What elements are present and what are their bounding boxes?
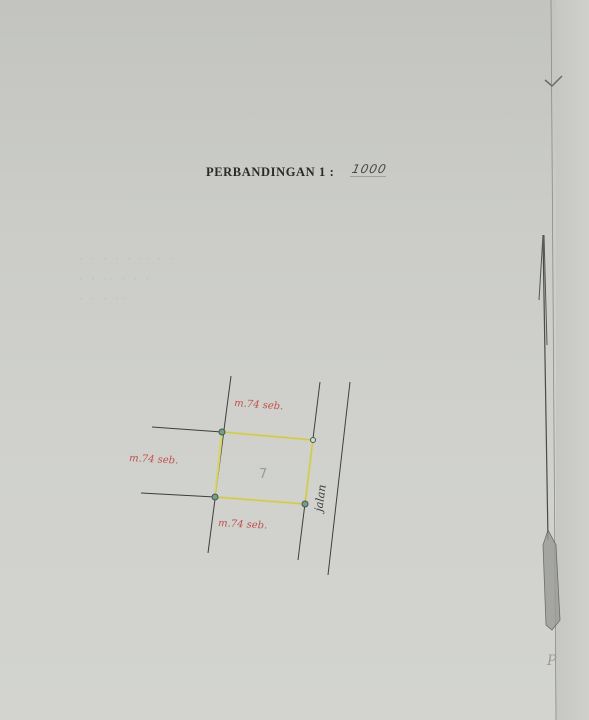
road-east-line — [328, 382, 350, 575]
west-neighbor-label: m.74 seb. — [129, 453, 179, 467]
corner-marker-ne — [311, 438, 316, 443]
corner-marker-nw — [219, 429, 225, 435]
corner-marker-sw — [212, 494, 218, 500]
north-neighbor-label: m.74 seb. — [234, 398, 284, 412]
parcel-map: 7 m.74 seb. m.74 seb. m.74 seb. jalan P — [0, 0, 589, 720]
corner-marker-se — [302, 501, 308, 507]
south-extension-line — [141, 493, 215, 497]
north-arrow-feather — [543, 530, 560, 630]
check-mark-icon — [545, 76, 562, 86]
south-neighbor-label: m.74 seb. — [218, 518, 268, 532]
north-extension-line — [152, 427, 222, 432]
road-label: jalan — [312, 484, 329, 516]
margin-mark-p: P — [546, 653, 557, 669]
parcel-number: 7 — [259, 467, 267, 482]
